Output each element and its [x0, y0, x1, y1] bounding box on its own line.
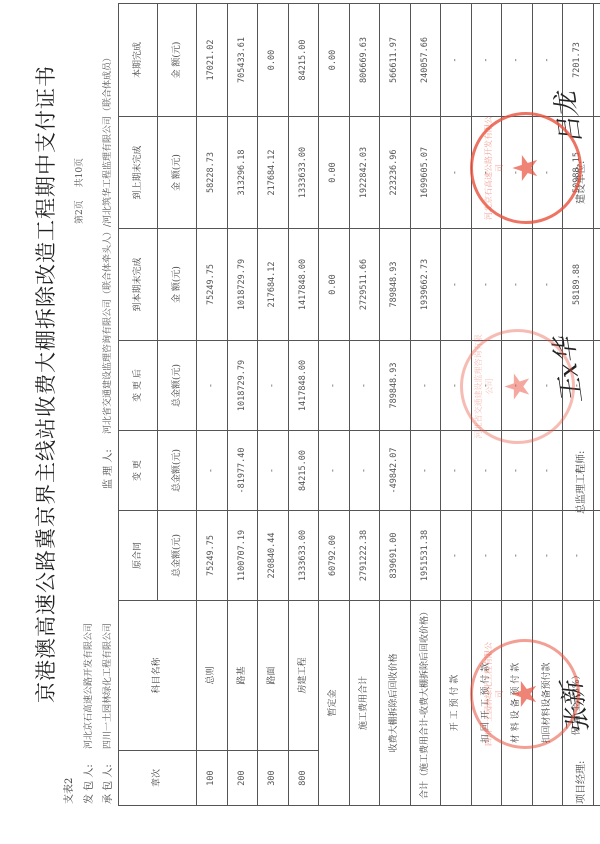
cell-item-name: 暂定金	[319, 601, 350, 806]
cell-change: -49842.07	[380, 431, 411, 511]
cell-to-end-current: -	[471, 229, 502, 341]
document-title: 京港澳高速公路冀京界主线站收费大棚拆除改造工程期中支付证书	[30, 4, 60, 764]
cell-original: 60792.00	[319, 511, 350, 601]
cell-current-period: 0.00	[258, 4, 289, 117]
table-row: 收费大棚拆除后回收价格839691.00-49842.07789848.9378…	[380, 4, 411, 806]
cell-to-end-previous: 1699605.07	[410, 117, 441, 229]
supervisor-label: 监 理 人:	[99, 449, 114, 489]
table-row: 100总则75249.75--75249.7558228.7317021.02	[197, 4, 228, 806]
stamp-text: 河北京石高速公路开发有限公司	[483, 115, 505, 221]
header-chapter: 章次	[119, 751, 197, 806]
contractor-value: 四川一土园林绿化工程有限公司	[100, 623, 113, 749]
header-current-period: 本期完成	[119, 4, 158, 117]
cell-original: 220840.44	[258, 511, 289, 601]
star-icon: ★	[506, 153, 546, 183]
cell-to-end-previous: 1922842.03	[349, 117, 380, 229]
table-row: 合计（施工费用合计-收费大棚拆除后回收价格）1951531.38--193966…	[410, 4, 441, 806]
cell-change: -	[471, 431, 502, 511]
cell-original: -	[441, 511, 472, 601]
cell-to-end-previous: -	[441, 117, 472, 229]
cell-current-period: 566611.97	[380, 4, 411, 117]
star-icon: ★	[505, 679, 545, 709]
cell-after-change: -	[410, 341, 441, 431]
table-row: 300路面220840.44--217684.12217684.120.00	[258, 4, 289, 806]
cell-current-period: 17021.02	[197, 4, 228, 117]
header-after-change: 变 更 后	[119, 341, 158, 431]
cell-item-name: 收费大棚拆除后回收价格	[380, 601, 411, 806]
cell-item-name: 路基	[227, 601, 258, 751]
cell-change: -	[319, 431, 350, 511]
payment-certificate-sheet: 支表2 京港澳高速公路冀京界主线站收费大棚拆除改造工程期中支付证书 第2页 共1…	[0, 0, 600, 844]
cell-item-name: 农民工工资保障金（2%）	[593, 601, 600, 806]
cell-to-end-current: 1018729.79	[227, 229, 258, 341]
cell-after-change: -	[319, 341, 350, 431]
cell-original: 2791222.38	[349, 511, 380, 601]
header-original-contract: 原合同	[119, 511, 158, 601]
cell-to-end-current: -	[441, 229, 472, 341]
cell-after-change: 789848.93	[380, 341, 411, 431]
form-id: 支表2	[60, 778, 75, 804]
subheader-amount: 金 额(元)	[158, 229, 197, 341]
cell-original: -	[593, 511, 600, 601]
cell-to-end-previous: 223236.96	[380, 117, 411, 229]
cell-to-end-current: 2729511.66	[349, 229, 380, 341]
cell-original: -	[563, 511, 594, 601]
subheader-total: 总金额(元)	[158, 511, 197, 601]
cell-item-name: 施工费用合计	[349, 601, 380, 806]
cell-change: -	[197, 431, 228, 511]
cell-to-end-previous: 58228.73	[197, 117, 228, 229]
cell-original: 1100707.19	[227, 511, 258, 601]
cell-change: -	[349, 431, 380, 511]
cell-to-end-current: 789848.93	[380, 229, 411, 341]
cell-current-period: 806669.63	[349, 4, 380, 117]
cell-chapter: 800	[288, 751, 319, 806]
contractor-label: 承 包 人:	[99, 764, 114, 804]
cell-to-end-previous: 0.00	[319, 117, 350, 229]
cell-current-period: 4801.15	[593, 4, 600, 117]
cell-change: -	[441, 431, 472, 511]
subheader-amount: 金 额(元)	[158, 117, 197, 229]
employer-stamp: 河北京石高速公路开发有限公司 ★	[470, 112, 582, 224]
cell-to-end-current: 38793.25	[593, 229, 600, 341]
cell-after-change: -	[258, 341, 289, 431]
subheader-amount: 金 额(元)	[158, 4, 197, 117]
stamp-text: 河北省交通建设监理咨询有限公司	[473, 332, 495, 441]
cell-original: 839691.00	[380, 511, 411, 601]
cell-to-end-current: 1939662.73	[410, 229, 441, 341]
cell-original: 1333633.00	[288, 511, 319, 601]
cell-current-period: -	[471, 4, 502, 117]
cell-to-end-current: 75249.75	[197, 229, 228, 341]
page-total: 共10页	[75, 158, 85, 187]
table-row: 暂定金60792.00--0.000.000.00	[319, 4, 350, 806]
cell-original: -	[532, 511, 563, 601]
table-row: 农民工工资保障金（2%）---38793.2533992.104801.15	[593, 4, 600, 806]
cell-after-change: 1018729.79	[227, 341, 258, 431]
cell-to-end-previous: 33992.10	[593, 117, 600, 229]
subheader-total: 总金额(元)	[158, 431, 197, 511]
employer-value: 河北京石高速公路开发有限公司	[81, 623, 94, 749]
cell-change: 84215.00	[288, 431, 319, 511]
cell-after-change: -	[593, 341, 600, 431]
cell-current-period: 705433.61	[227, 4, 258, 117]
stamp-text: 四川一土园林绿化工程有限公司	[483, 642, 505, 746]
header-change: 变 更	[119, 431, 158, 511]
cell-item-name: 路面	[258, 601, 289, 751]
cell-to-end-previous: 1333633.00	[288, 117, 319, 229]
cell-chapter: 100	[197, 751, 228, 806]
cell-to-end-current: 1417848.00	[288, 229, 319, 341]
cell-chapter: 200	[227, 751, 258, 806]
cell-current-period: 240057.66	[410, 4, 441, 117]
cell-chapter: 300	[258, 751, 289, 806]
cell-to-end-previous: 313296.18	[227, 117, 258, 229]
table-header-row: 章次 科目名称 原合同 变 更 变 更 后 到本期末完成 到上期末完成 本期完成	[119, 4, 158, 806]
supervisor-stamp: 河北省交通建设监理咨询有限公司 ★	[460, 329, 575, 444]
cell-change: -	[410, 431, 441, 511]
cell-original: -	[471, 511, 502, 601]
cell-change: -	[593, 431, 600, 511]
chief-supervisor-label: 总监理工程师:	[572, 451, 587, 514]
employer-label: 发 包 人:	[80, 764, 95, 804]
project-manager-label: 项目经理:	[572, 761, 587, 804]
cell-to-end-current: -	[532, 229, 563, 341]
cell-after-change: 1417848.00	[288, 341, 319, 431]
cell-to-end-current: -	[502, 229, 533, 341]
cell-to-end-previous: 217684.12	[258, 117, 289, 229]
cell-to-end-current: 217684.12	[258, 229, 289, 341]
cell-current-period: -	[502, 4, 533, 117]
cell-after-change: -	[349, 341, 380, 431]
cell-item-name: 合计（施工费用合计-收费大棚拆除后回收价格）	[410, 601, 441, 806]
cell-current-period: -	[441, 4, 472, 117]
page-current: 第2页	[75, 200, 85, 224]
table-row: 800房建工程1333633.0084215.001417848.0014178…	[288, 4, 319, 806]
cell-change: -	[532, 431, 563, 511]
star-icon: ★	[498, 371, 538, 401]
cell-current-period: 84215.00	[288, 4, 319, 117]
cell-to-end-current: 58189.88	[563, 229, 594, 341]
table-row: 施工费用合计2791222.38--2729511.661922842.0380…	[349, 4, 380, 806]
cell-change: -81977.40	[227, 431, 258, 511]
cell-after-change: -	[197, 341, 228, 431]
cell-item-name: 开 工 预 付 款	[441, 601, 472, 806]
cell-change: -	[258, 431, 289, 511]
header-to-end-current: 到本期末完成	[119, 229, 158, 341]
cell-current-period: 0.00	[319, 4, 350, 117]
cell-original: 1951531.38	[410, 511, 441, 601]
cell-item-name: 房建工程	[288, 601, 319, 751]
cell-item-name: 总则	[197, 601, 228, 751]
header-item-name: 科目名称	[119, 601, 197, 751]
page-number: 第2页 共10页	[72, 148, 85, 224]
table-row: 200路基1100707.19-81977.401018729.79101872…	[227, 4, 258, 806]
subheader-total: 总金额(元)	[158, 341, 197, 431]
contractor-stamp: 四川一土园林绿化工程有限公司 ★	[470, 639, 580, 749]
cell-to-end-current: 0.00	[319, 229, 350, 341]
header-to-end-previous: 到上期末完成	[119, 117, 158, 229]
cell-original: -	[502, 511, 533, 601]
cell-original: 75249.75	[197, 511, 228, 601]
supervisor-value: 河北省交通建设监理咨询有限公司（联合体牵头人）/河北筑华工程监理有限公司（联合体…	[100, 53, 113, 434]
